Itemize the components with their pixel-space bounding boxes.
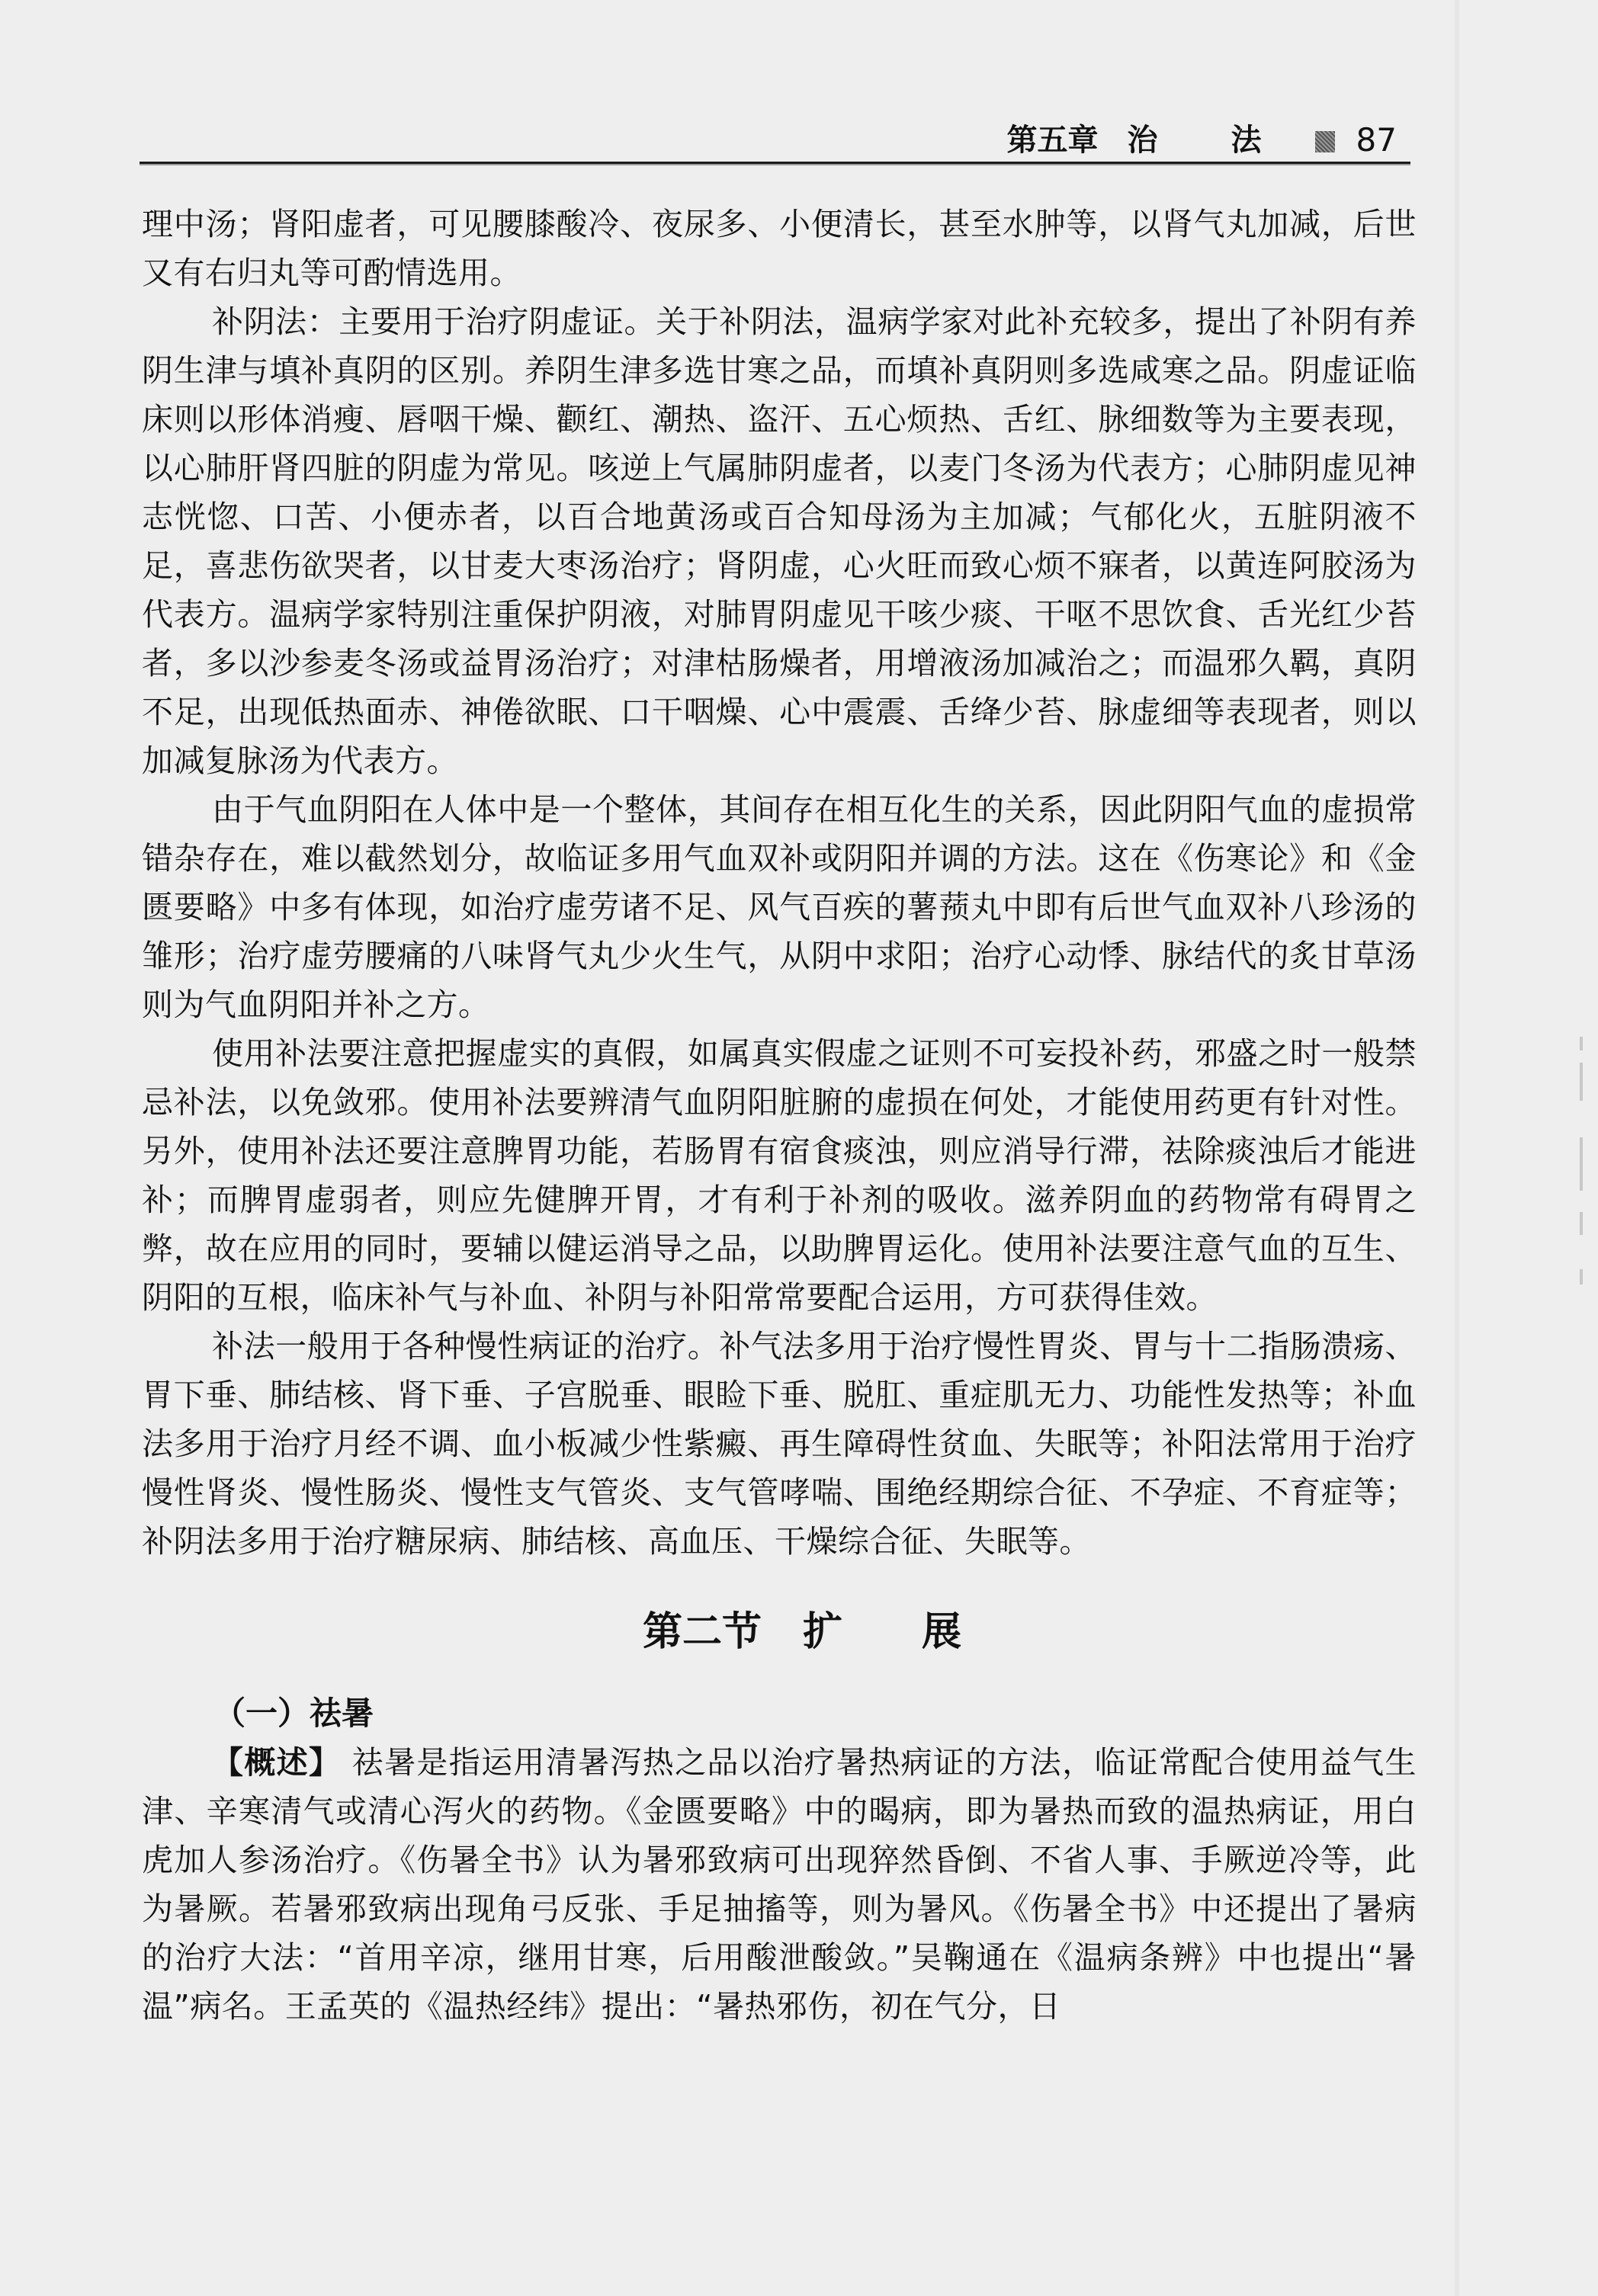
edge-scan-mark [1580, 1037, 1583, 1050]
overview-paragraph: 【概述】 祛暑是指运用清暑泻热之品以治疗暑热病证的方法，临证常配合使用益气生津、… [142, 1738, 1417, 2031]
paragraph: 补法一般用于各种慢性病证的治疗。补气法多用于治疗慢性胃炎、胃与十二指肠溃疡、胃下… [142, 1322, 1417, 1566]
paragraph: 使用补法要注意把握虚实的真假，如属真实假虚之证则不可妄投补药，邪盛之时一般禁忌补… [142, 1029, 1417, 1322]
running-header: 第五章 治 法 87 [140, 114, 1410, 164]
paragraph: 由于气血阴阳在人体中是一个整体，其间存在相互化生的关系，因此阴阳气血的虚损常错杂… [142, 785, 1417, 1029]
edge-scan-mark [1580, 1137, 1583, 1191]
paragraph: 补阴法：主要用于治疗阴虚证。关于补阴法，温病学家对此补充较多，提出了补阴有养阴生… [142, 297, 1417, 785]
overview-text: 祛暑是指运用清暑泻热之品以治疗暑热病证的方法，临证常配合使用益气生津、辛寒清气或… [142, 1744, 1417, 2025]
edge-scan-mark [1580, 1063, 1583, 1101]
section-title-part3: 展 [922, 1609, 961, 1655]
overview-label: 【概述】 [212, 1744, 341, 1781]
paragraph: 理中汤；肾阳虚者，可见腰膝酸冷、夜尿多、小便清长，甚至水肿等，以肾气丸加减，后世… [142, 200, 1417, 297]
section-title: 第二节扩展 [142, 1605, 1417, 1689]
chapter-title-part1: 治 [1128, 122, 1158, 159]
section-title-part2: 扩 [803, 1609, 842, 1655]
edge-scan-mark [1580, 1269, 1583, 1284]
edge-scan-mark [1580, 1212, 1583, 1235]
running-header-content: 第五章 治 法 87 [1007, 122, 1397, 159]
subsection-heading: （一）祛暑 [142, 1689, 1417, 1738]
header-marker-icon [1315, 131, 1335, 152]
page-body: 理中汤；肾阳虚者，可见腰膝酸冷、夜尿多、小便清长，甚至水肿等，以肾气丸加减，后世… [142, 200, 1417, 2031]
scan-edge-line [1455, 0, 1459, 2296]
chapter-title-part2: 法 [1231, 122, 1262, 159]
page-number: 87 [1356, 122, 1397, 159]
book-page: 第五章 治 法 87 理中汤；肾阳虚者，可见腰膝酸冷、夜尿多、小便清长，甚至水肿… [0, 0, 1598, 2296]
chapter-label: 第五章 [1007, 122, 1099, 159]
section-number: 第二节 [643, 1609, 762, 1655]
